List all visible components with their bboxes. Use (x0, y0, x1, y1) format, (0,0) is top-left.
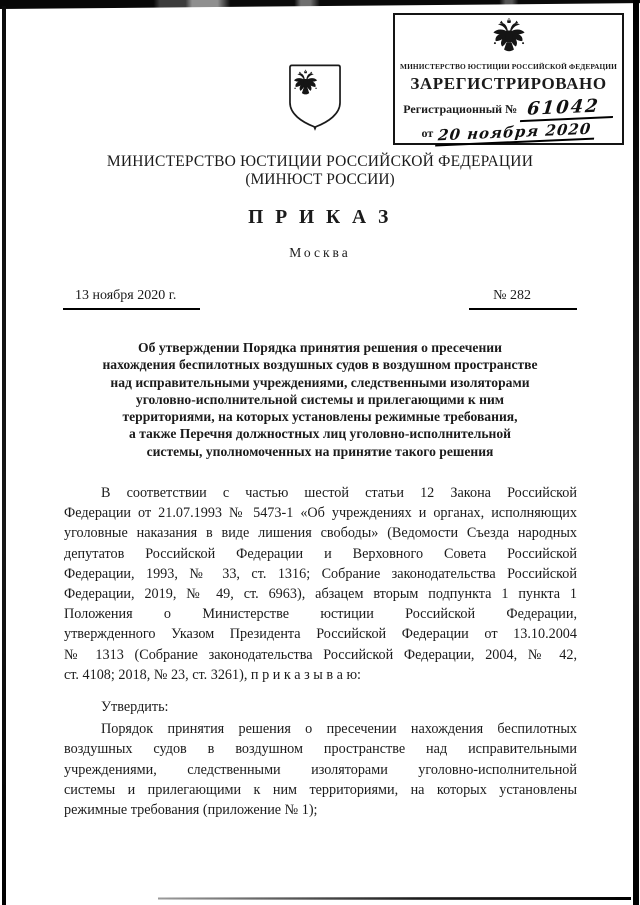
registration-number-value: 61042 (520, 95, 615, 122)
ministry-name: МИНИСТЕРСТВО ЮСТИЦИИ РОССИЙСКОЙ ФЕДЕРАЦИ… (30, 153, 610, 171)
registration-number-label: Регистрационный № (403, 102, 517, 116)
registration-date-value: 20 ноября 2020 (435, 119, 596, 146)
order-number: № 282 (469, 288, 577, 310)
stamp-ministry-line: МИНИСТЕРСТВО ЮСТИЦИИ РОССИЙСКОЙ ФЕДЕРАЦИ… (397, 62, 619, 71)
scan-edge-top (0, 0, 640, 9)
scan-edge-left (2, 6, 6, 905)
preamble-paragraph: В соответствии с частью шестой статьи 12… (64, 483, 577, 685)
order-date: 13 ноября 2020 г. (63, 288, 200, 310)
approved-item-paragraph: Порядок принятия решения о пресечении на… (64, 719, 577, 820)
scan-edge-right (633, 0, 639, 905)
document-type-title: П Р И К А З (30, 207, 610, 229)
stamp-registration-date-row: от20 ноября 2020 (395, 123, 622, 143)
order-body: В соответствии с частью шестой статьи 12… (64, 483, 577, 820)
scanned-order-page: МИНИСТЕРСТВО ЮСТИЦИИ РОССИЙСКОЙ ФЕДЕРАЦИ… (0, 0, 640, 905)
letterhead: МИНИСТЕРСТВО ЮСТИЦИИ РОССИЙСКОЙ ФЕДЕРАЦИ… (30, 153, 610, 261)
russia-coat-of-arms-icon (286, 63, 344, 131)
stamp-double-headed-eagle-icon (490, 18, 528, 56)
approve-line: Утвердить: (64, 697, 577, 717)
stamp-registration-number-row: Регистрационный №61042 (395, 97, 622, 120)
registration-stamp: МИНИСТЕРСТВО ЮСТИЦИИ РОССИЙСКОЙ ФЕДЕРАЦИ… (393, 13, 624, 145)
order-subject: Об утверждении Порядка принятия решения … (62, 339, 578, 460)
scan-edge-bottom (158, 897, 631, 900)
ministry-short-name: (МИНЮСТ РОССИИ) (30, 171, 610, 189)
stamp-registered-label: ЗАРЕГИСТРИРОВАНО (395, 74, 622, 94)
registration-date-label: от (422, 126, 434, 140)
issue-city: Москва (30, 245, 610, 261)
date-number-row: 13 ноября 2020 г. № 282 (63, 288, 577, 310)
